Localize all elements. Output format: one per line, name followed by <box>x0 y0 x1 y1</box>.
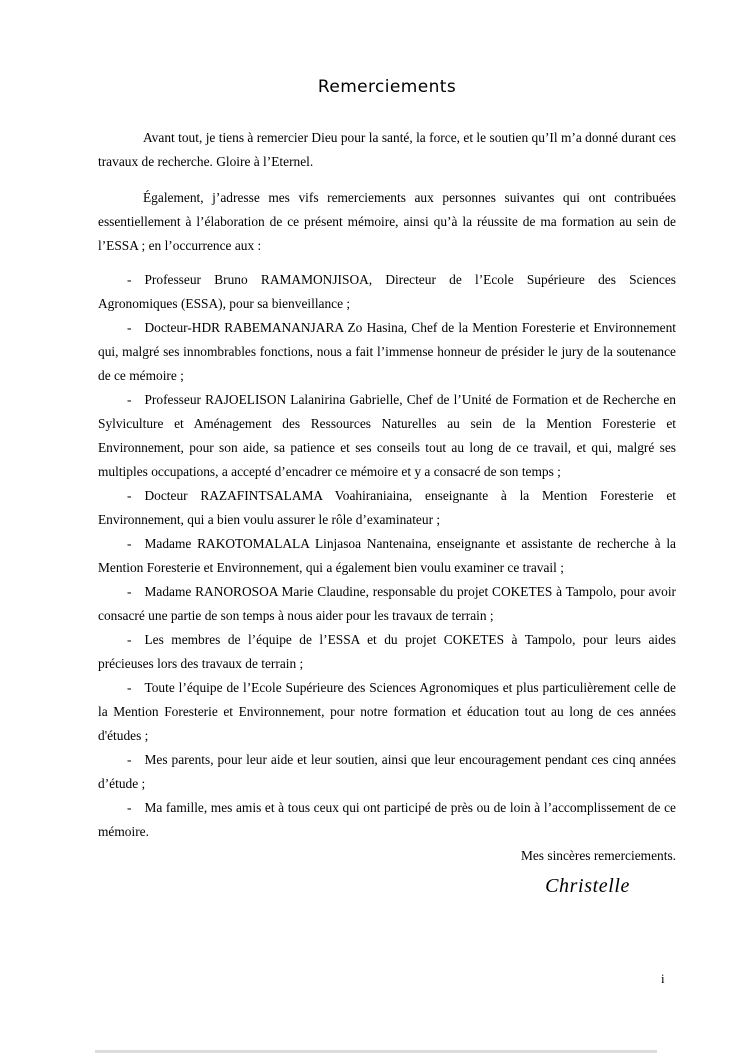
acknowledgment-text: Docteur-HDR RABEMANANJARA Zo Hasina, Che… <box>98 320 676 383</box>
list-item: -Professeur RAJOELISON Lalanirina Gabrie… <box>98 388 676 484</box>
list-item: -Professeur Bruno RAMAMONJISOA, Directeu… <box>98 268 676 316</box>
signature: Christelle <box>98 874 676 898</box>
list-item: -Docteur-HDR RABEMANANJARA Zo Hasina, Ch… <box>98 316 676 388</box>
list-item: -Les membres de l’équipe de l’ESSA et du… <box>98 628 676 676</box>
acknowledgment-text: Professeur Bruno RAMAMONJISOA, Directeur… <box>98 272 676 311</box>
list-item: -Mes parents, pour leur aide et leur sou… <box>98 748 676 796</box>
list-item: -Madame RAKOTOMALALA Linjasoa Nantenaina… <box>98 532 676 580</box>
acknowledgment-text: Madame RANOROSOA Marie Claudine, respons… <box>98 584 676 623</box>
acknowledgment-text: Professeur RAJOELISON Lalanirina Gabriel… <box>98 392 676 479</box>
paragraph-intro-1: Avant tout, je tiens à remercier Dieu po… <box>98 126 676 174</box>
list-item: -Docteur RAZAFINTSALAMA Voahiraniaina, e… <box>98 484 676 532</box>
closing-text: Mes sincères remerciements. <box>98 844 676 868</box>
acknowledgment-text: Madame RAKOTOMALALA Linjasoa Nantenaina,… <box>98 536 676 575</box>
acknowledgment-text: Les membres de l’équipe de l’ESSA et du … <box>98 632 676 671</box>
acknowledgment-text: Ma famille, mes amis et à tous ceux qui … <box>98 800 676 839</box>
page-number: i <box>661 971 665 987</box>
list-item: -Madame RANOROSOA Marie Claudine, respon… <box>98 580 676 628</box>
acknowledgment-list: -Professeur Bruno RAMAMONJISOA, Directeu… <box>98 268 676 844</box>
acknowledgment-text: Mes parents, pour leur aide et leur sout… <box>98 752 676 791</box>
list-item: -Toute l’équipe de l’Ecole Supérieure de… <box>98 676 676 748</box>
list-item: -Ma famille, mes amis et à tous ceux qui… <box>98 796 676 844</box>
page-title: Remerciements <box>98 74 676 100</box>
acknowledgment-text: Docteur RAZAFINTSALAMA Voahiraniaina, en… <box>98 488 676 527</box>
document-page: Remerciements Avant tout, je tiens à rem… <box>98 0 676 898</box>
paragraph-intro-2: Également, j’adresse mes vifs remercieme… <box>98 186 676 258</box>
acknowledgment-text: Toute l’équipe de l’Ecole Supérieure des… <box>98 680 676 743</box>
